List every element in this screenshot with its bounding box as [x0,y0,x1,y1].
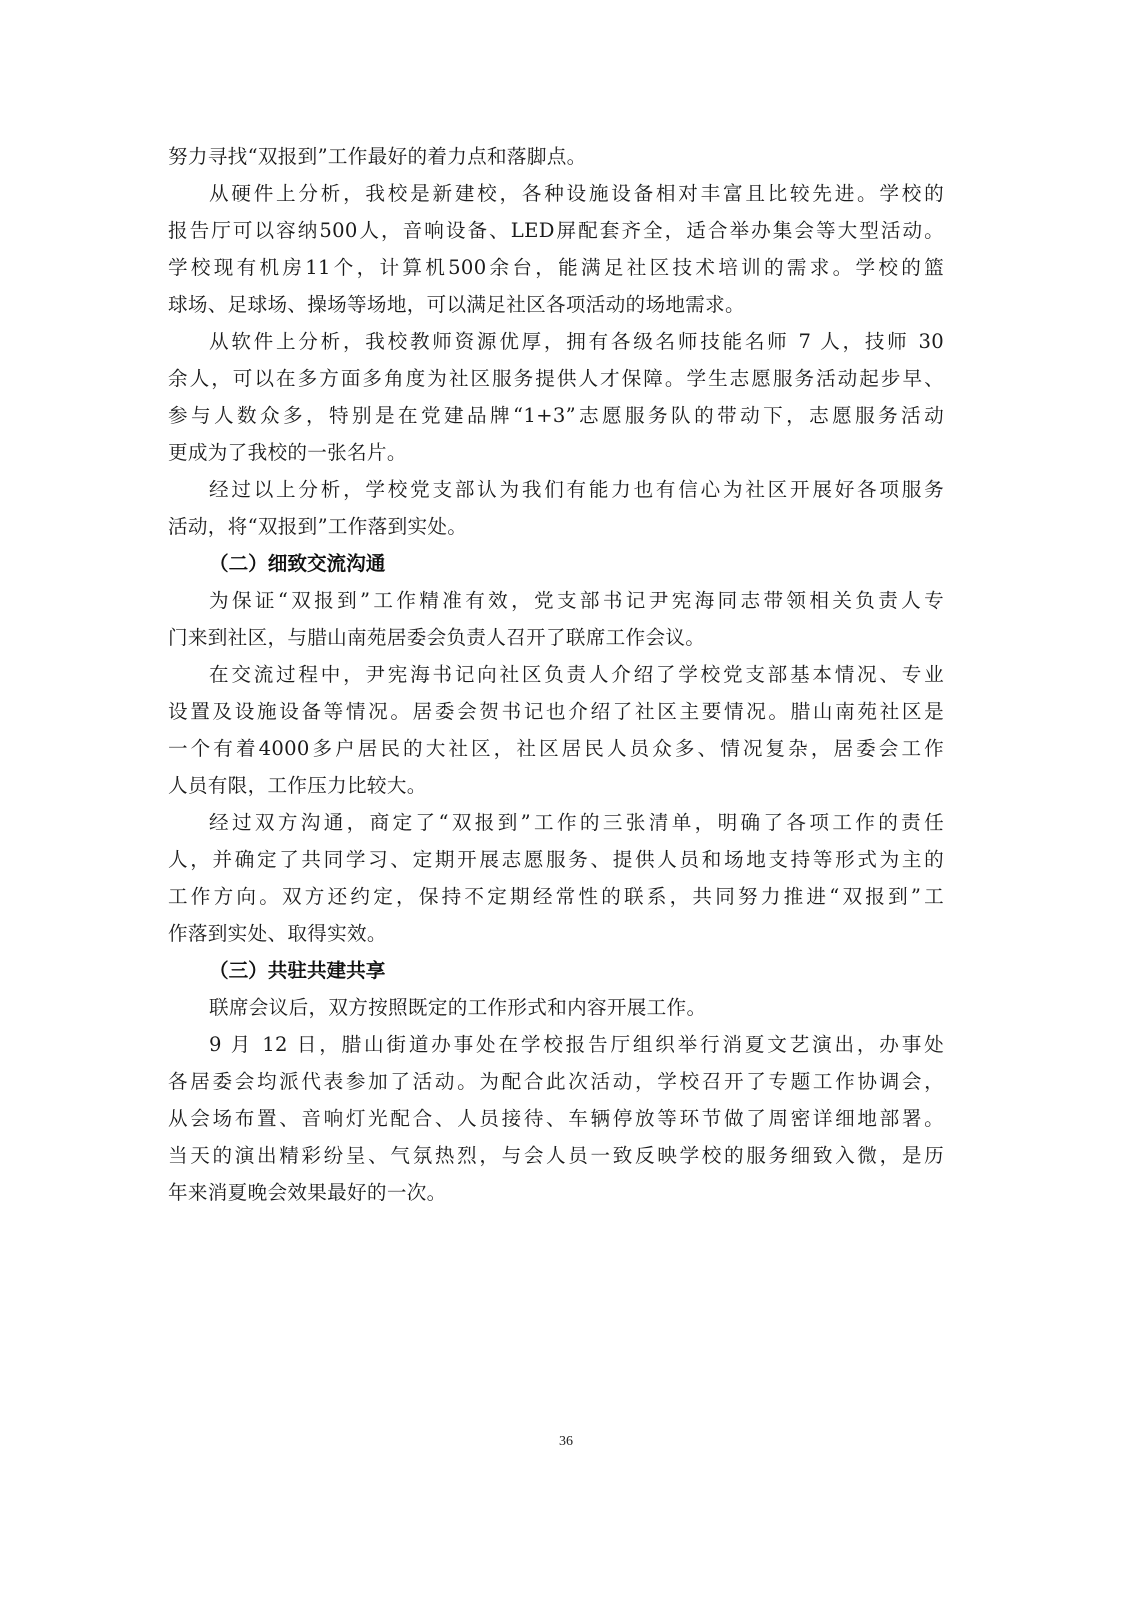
text-line: 作落到实处、取得实效。 [168,915,944,952]
text-line: 经过以上分析，学校党支部认为我们有能力也有信心为社区开展好各项服务 [168,471,944,508]
paragraph: 努力寻找“双报到”工作最好的着力点和落脚点。 [168,138,944,175]
text-line: 人，并确定了共同学习、定期开展志愿服务、提供人员和场地支持等形式为主的 [168,841,944,878]
text-line: 工作方向。双方还约定，保持不定期经常性的联系，共同努力推进“双报到”工 [168,878,944,915]
text-line: 设置及设施设备等情况。居委会贺书记也介绍了社区主要情况。腊山南苑社区是 [168,693,944,730]
text-line: 从软件上分析，我校教师资源优厚，拥有各级名师技能名师 7 人，技师 30 [168,323,944,360]
paragraph: 经过以上分析，学校党支部认为我们有能力也有信心为社区开展好各项服务活动，将“双报… [168,471,944,545]
paragraph: 从软件上分析，我校教师资源优厚，拥有各级名师技能名师 7 人，技师 30余人，可… [168,323,944,471]
text-line: 从会场布置、音响灯光配合、人员接待、车辆停放等环节做了周密详细地部署。 [168,1100,944,1137]
text-line: 从硬件上分析，我校是新建校，各种设施设备相对丰富且比较先进。学校的 [168,175,944,212]
text-line: 余人，可以在多方面多角度为社区服务提供人才保障。学生志愿服务活动起步早、 [168,360,944,397]
text-line: 学校现有机房11个，计算机500余台，能满足社区技术培训的需求。学校的篮 [168,249,944,286]
paragraph: 在交流过程中，尹宪海书记向社区负责人介绍了学校党支部基本情况、专业设置及设施设备… [168,656,944,804]
page-number: 36 [0,1434,1132,1450]
paragraph: 为保证“双报到”工作精准有效，党支部书记尹宪海同志带领相关负责人专门来到社区，与… [168,582,944,656]
section-heading: （二）细致交流沟通 [168,545,944,582]
document-body: 努力寻找“双报到”工作最好的着力点和落脚点。从硬件上分析，我校是新建校，各种设施… [168,138,944,1211]
text-line: 报告厅可以容纳500人，音响设备、LED屏配套齐全，适合举办集会等大型活动。 [168,212,944,249]
text-line: 经过双方沟通，商定了“双报到”工作的三张清单，明确了各项工作的责任 [168,804,944,841]
text-line: 一个有着4000多户居民的大社区，社区居民人员众多、情况复杂，居委会工作 [168,730,944,767]
paragraph: 经过双方沟通，商定了“双报到”工作的三张清单，明确了各项工作的责任人，并确定了共… [168,804,944,952]
text-line: 联席会议后，双方按照既定的工作形式和内容开展工作。 [168,989,944,1026]
text-line: 为保证“双报到”工作精准有效，党支部书记尹宪海同志带领相关负责人专 [168,582,944,619]
paragraph: 从硬件上分析，我校是新建校，各种设施设备相对丰富且比较先进。学校的报告厅可以容纳… [168,175,944,323]
text-line: 9 月 12 日，腊山街道办事处在学校报告厅组织举行消夏文艺演出，办事处 [168,1026,944,1063]
text-line: 门来到社区，与腊山南苑居委会负责人召开了联席工作会议。 [168,619,944,656]
paragraph: 9 月 12 日，腊山街道办事处在学校报告厅组织举行消夏文艺演出，办事处各居委会… [168,1026,944,1211]
text-line: 各居委会均派代表参加了活动。为配合此次活动，学校召开了专题工作协调会， [168,1063,944,1100]
text-line: 年来消夏晚会效果最好的一次。 [168,1174,944,1211]
text-line: 在交流过程中，尹宪海书记向社区负责人介绍了学校党支部基本情况、专业 [168,656,944,693]
text-line: 球场、足球场、操场等场地，可以满足社区各项活动的场地需求。 [168,286,944,323]
text-line: 当天的演出精彩纷呈、气氛热烈，与会人员一致反映学校的服务细致入微，是历 [168,1137,944,1174]
document-page: 努力寻找“双报到”工作最好的着力点和落脚点。从硬件上分析，我校是新建校，各种设施… [0,0,1132,1600]
text-line: 人员有限，工作压力比较大。 [168,767,944,804]
text-line: 参与人数众多，特别是在党建品牌“1+3”志愿服务队的带动下，志愿服务活动 [168,397,944,434]
section-heading: （三）共驻共建共享 [168,952,944,989]
text-line: 努力寻找“双报到”工作最好的着力点和落脚点。 [168,138,944,175]
text-line: 活动，将“双报到”工作落到实处。 [168,508,944,545]
paragraph: 联席会议后，双方按照既定的工作形式和内容开展工作。 [168,989,944,1026]
text-line: 更成为了我校的一张名片。 [168,434,944,471]
